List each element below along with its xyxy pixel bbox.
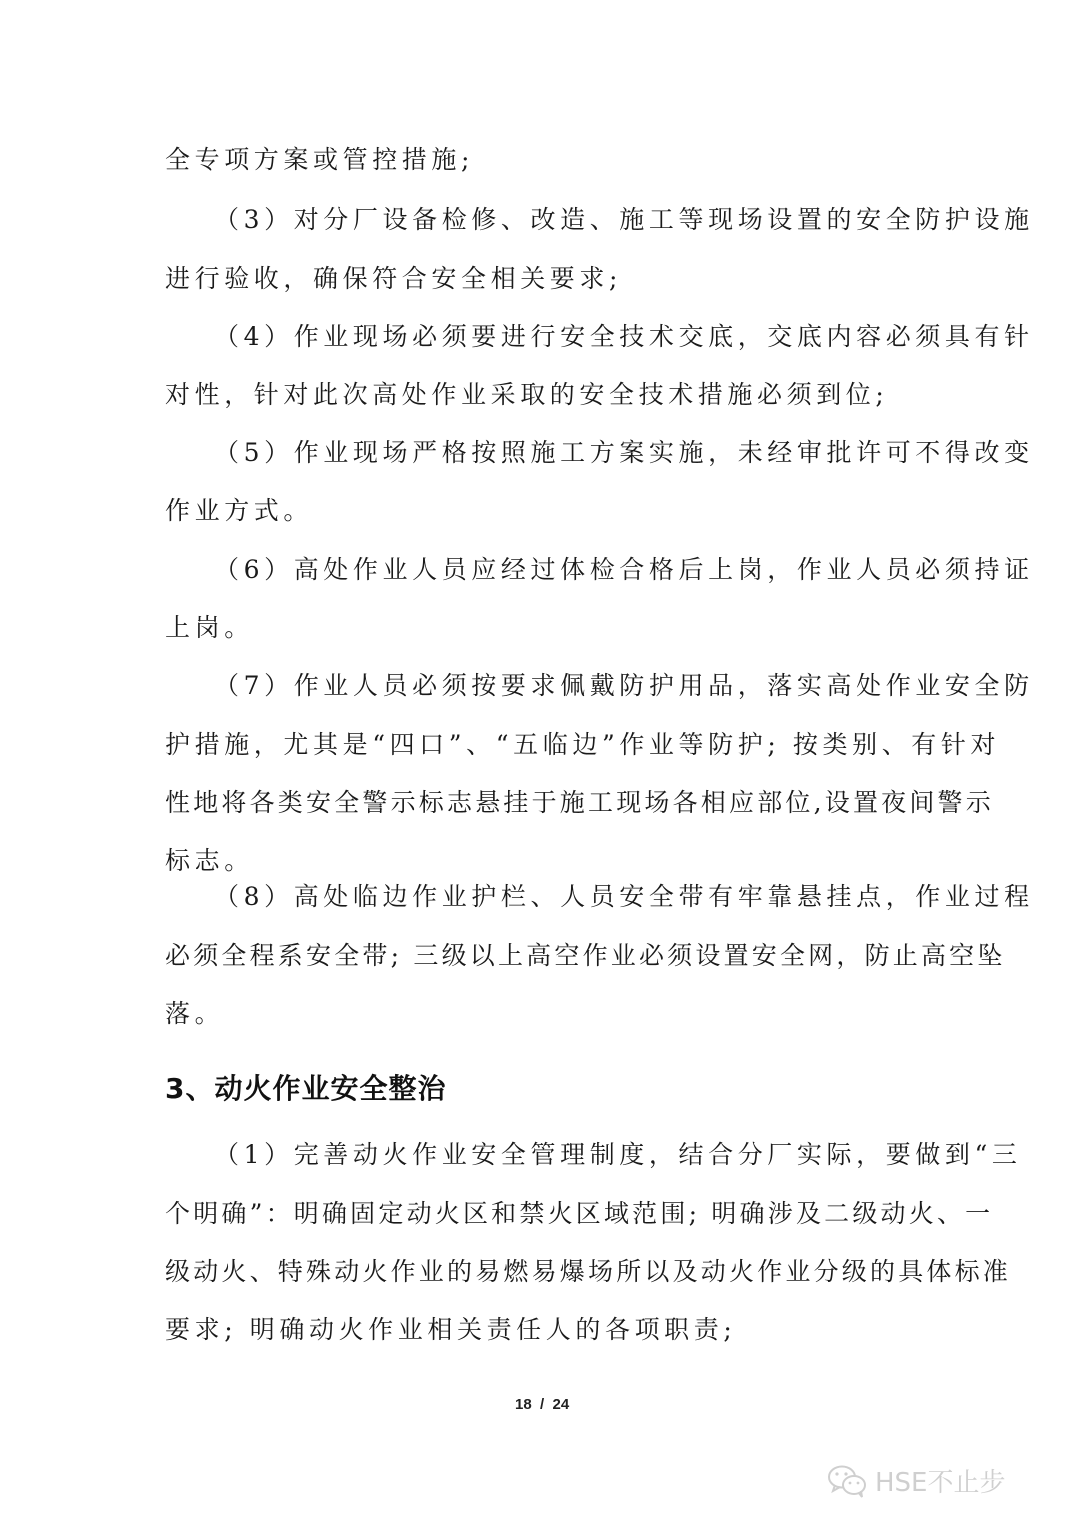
body-line: 性地将各类安全警示标志悬挂于施工现场各相应部位,设置夜间警示 — [165, 786, 917, 820]
body-line: 必须全程系安全带; 三级以上高空作业必须设置安全网，防止高空坠 — [165, 939, 917, 973]
section-heading: 3、动火作业安全整治 — [165, 1071, 446, 1107]
watermark-text: HSE不止步 — [875, 1462, 1005, 1499]
body-line: （1）完善动火作业安全管理制度，结合分厂实际，要做到“三 — [214, 1138, 917, 1172]
body-line: （4）作业现场必须要进行安全技术交底，交底内容必须具有针 — [214, 320, 917, 354]
wechat-icon — [827, 1464, 869, 1498]
body-line: 作业方式。 — [165, 494, 917, 528]
body-line: 上岗。 — [165, 611, 917, 645]
body-line: （5）作业现场严格按照施工方案实施，未经审批许可不得改变 — [214, 436, 917, 470]
body-line: 护措施，尤其是“四口”、“五临边”作业等防护; 按类别、有针对 — [165, 728, 917, 762]
body-line: 落。 — [165, 997, 917, 1031]
body-line: 标志。 — [165, 844, 917, 878]
body-line: 对性，针对此次高处作业采取的安全技术措施必须到位; — [165, 378, 917, 412]
body-line: 进行验收，确保符合安全相关要求; — [165, 262, 917, 296]
body-line: （6）高处作业人员应经过体检合格后上岗，作业人员必须持证 — [214, 553, 917, 587]
body-line: （3）对分厂设备检修、改造、施工等现场设置的安全防护设施 — [214, 203, 917, 237]
body-line: 个明确”：明确固定动火区和禁火区域范围; 明确涉及二级动火、一 — [165, 1197, 917, 1231]
body-line: 级动火、特殊动火作业的易燃易爆场所以及动火作业分级的具体标准 — [165, 1255, 917, 1289]
body-line: 全专项方案或管控措施; — [165, 143, 917, 177]
body-line: 要求; 明确动火作业相关责任人的各项职责; — [165, 1313, 917, 1347]
body-line: （7）作业人员必须按要求佩戴防护用品，落实高处作业安全防 — [214, 669, 917, 703]
watermark: HSE不止步 — [827, 1462, 1005, 1499]
body-line: （8）高处临边作业护栏、人员安全带有牢靠悬挂点，作业过程 — [214, 880, 917, 914]
page-number: 18 / 24 — [515, 1396, 569, 1413]
